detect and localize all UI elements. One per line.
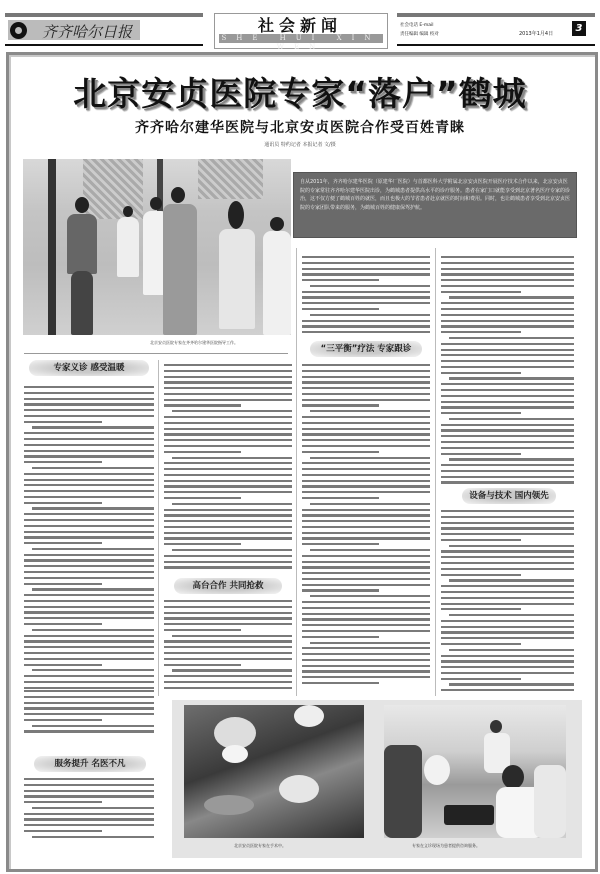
text-line — [164, 675, 292, 677]
surgery-photo-caption: 北京安贞医院专家在手术中。 — [234, 843, 286, 849]
text-line — [302, 399, 430, 401]
text-line — [164, 606, 292, 608]
text-line — [302, 618, 430, 620]
column-text — [164, 600, 292, 689]
text-line — [164, 629, 241, 631]
text-line — [32, 548, 154, 550]
text-line — [302, 543, 379, 545]
text-line — [164, 514, 292, 516]
text-line — [32, 629, 154, 631]
text-line — [441, 539, 521, 541]
text-line — [24, 502, 102, 504]
text-line — [441, 603, 574, 605]
photo-surgeon-mask — [294, 705, 324, 727]
text-line — [164, 520, 292, 522]
masthead-right-bottom-rule — [397, 44, 595, 46]
column-1: 专家义诊 感受温暖 — [24, 360, 154, 690]
text-line — [24, 473, 154, 475]
text-line — [441, 597, 574, 599]
text-line — [24, 664, 102, 666]
text-line — [24, 719, 102, 721]
text-line — [164, 491, 292, 493]
text-line — [302, 296, 430, 298]
text-line — [302, 320, 430, 322]
text-line — [441, 470, 574, 472]
text-line — [24, 542, 102, 544]
photo-person-head — [171, 187, 185, 203]
text-line — [24, 617, 154, 619]
text-line — [441, 655, 574, 657]
text-line — [441, 447, 574, 449]
issue-date: 2013年1月4日 — [519, 30, 553, 37]
text-line — [441, 464, 574, 466]
text-line — [32, 426, 154, 428]
column-1-bottom — [24, 690, 154, 740]
text-line — [441, 516, 574, 518]
text-line — [302, 445, 430, 447]
main-photo — [23, 159, 291, 335]
text-line — [302, 416, 430, 418]
text-line — [441, 389, 574, 391]
text-line — [441, 562, 574, 564]
photo-person-head — [270, 217, 284, 231]
text-line — [24, 496, 154, 498]
text-line — [24, 813, 154, 815]
photo-divider — [24, 353, 288, 354]
text-line — [24, 696, 154, 698]
text-line — [24, 421, 102, 423]
text-line — [24, 444, 154, 446]
photo-person — [384, 745, 422, 838]
text-line — [310, 642, 430, 644]
text-line — [24, 658, 154, 660]
text-line — [24, 801, 102, 803]
text-line — [302, 676, 430, 678]
text-line — [449, 683, 574, 685]
surgery-photo — [184, 705, 364, 838]
text-line — [32, 507, 154, 509]
text-line — [164, 468, 292, 470]
column-2-lower — [164, 600, 292, 696]
text-line — [441, 424, 574, 426]
text-line — [24, 577, 154, 579]
consultation-photo-caption: 专家在义诊现场为患者提供咨询服务。 — [412, 843, 480, 849]
text-line — [302, 526, 430, 528]
text-line — [302, 607, 430, 609]
column-3 — [302, 256, 430, 336]
text-line — [302, 682, 379, 684]
consultation-photo — [384, 705, 566, 838]
text-line — [449, 579, 574, 581]
text-line — [441, 308, 574, 310]
text-line — [441, 441, 574, 443]
section-title: 社会新闻 — [214, 13, 386, 36]
text-line — [302, 325, 430, 327]
column-2 — [164, 364, 292, 578]
info-line-1: 社会电话 E-mail — [400, 21, 439, 30]
text-line — [24, 795, 154, 797]
section-subhead: “三平衡”疗法 专家跟诊 — [310, 341, 422, 357]
text-line — [441, 412, 521, 414]
section-pinyin: SHE HUI XIN WEN — [219, 34, 383, 43]
text-line — [24, 646, 154, 648]
text-line — [32, 669, 154, 671]
text-line — [164, 532, 292, 534]
text-line — [441, 349, 574, 351]
text-line — [24, 450, 154, 452]
text-line — [441, 550, 574, 552]
text-line — [302, 485, 430, 487]
text-line — [24, 713, 154, 715]
text-line — [24, 635, 154, 637]
text-line — [302, 613, 430, 615]
text-line — [302, 589, 379, 591]
text-line — [302, 393, 430, 395]
masthead-top-rule — [5, 13, 203, 17]
text-line — [24, 513, 154, 515]
text-line — [164, 623, 292, 625]
text-line — [302, 451, 379, 453]
section-subhead: 高台合作 共同抢救 — [174, 578, 282, 594]
text-line — [441, 626, 574, 628]
text-line — [172, 410, 292, 412]
text-line — [441, 476, 574, 478]
text-line — [302, 268, 430, 270]
photo-surgeon-mask — [222, 745, 248, 763]
text-line — [441, 672, 574, 674]
text-line — [302, 422, 430, 424]
text-line — [164, 652, 292, 654]
text-line — [24, 778, 154, 780]
text-line — [302, 291, 430, 293]
text-line — [24, 536, 154, 538]
text-line — [164, 399, 292, 401]
text-line — [302, 537, 430, 539]
text-line — [310, 503, 430, 505]
text-line — [441, 453, 521, 455]
text-line — [24, 409, 154, 411]
text-line — [441, 585, 574, 587]
text-line — [164, 561, 292, 563]
text-line — [449, 649, 574, 651]
text-line — [164, 462, 292, 464]
text-line — [302, 256, 430, 258]
text-line — [441, 343, 574, 345]
text-line — [441, 429, 574, 431]
text-line — [449, 337, 574, 339]
text-line — [164, 543, 241, 545]
text-line — [310, 595, 430, 597]
photo-person — [263, 231, 291, 335]
text-line — [24, 559, 154, 561]
text-line — [172, 635, 292, 637]
text-line — [32, 467, 154, 469]
text-line — [164, 387, 292, 389]
text-line — [164, 555, 292, 557]
text-line — [24, 830, 102, 832]
text-line — [164, 439, 292, 441]
text-line — [164, 681, 292, 683]
text-line — [441, 331, 521, 333]
column-text — [164, 364, 292, 569]
text-line — [441, 574, 521, 576]
text-line — [302, 468, 430, 470]
text-line — [302, 387, 430, 389]
text-line — [302, 636, 379, 638]
headline: 北京安贞医院专家“落户”鹤城 — [20, 68, 580, 115]
column-text — [24, 690, 154, 733]
text-line — [441, 591, 574, 593]
text-line — [24, 583, 102, 585]
photo-table — [444, 805, 494, 825]
text-line — [24, 818, 154, 820]
text-line — [24, 571, 154, 573]
text-line — [24, 415, 154, 417]
text-line — [172, 669, 292, 671]
text-line — [164, 640, 292, 642]
masthead-bottom-rule — [5, 44, 203, 46]
text-line — [441, 406, 574, 408]
photo-curtain — [198, 159, 263, 199]
text-line — [441, 320, 574, 322]
text-line — [302, 439, 430, 441]
text-line — [164, 526, 292, 528]
text-line — [441, 372, 521, 374]
text-line — [302, 376, 430, 378]
text-line — [441, 279, 574, 281]
text-line — [449, 418, 574, 420]
text-line — [24, 432, 154, 434]
byline: 通讯员 特约记者 本报记者 文/摄 — [20, 141, 580, 148]
photo-person-head — [490, 720, 502, 733]
text-line — [441, 262, 574, 264]
text-line — [302, 381, 430, 383]
text-line — [441, 401, 574, 403]
text-line — [302, 273, 430, 275]
text-line — [164, 445, 292, 447]
text-line — [302, 404, 379, 406]
photo-person — [219, 229, 255, 329]
text-line — [24, 784, 154, 786]
text-line — [449, 377, 574, 379]
main-photo-caption: 北京安贞医院专家在齐齐哈尔建华医院指导工作。 — [150, 340, 238, 346]
text-line — [441, 660, 574, 662]
text-line — [302, 474, 430, 476]
text-line — [441, 568, 574, 570]
text-line — [24, 606, 154, 608]
text-line — [172, 503, 292, 505]
text-line — [441, 354, 574, 356]
text-line — [164, 646, 292, 648]
text-line — [302, 433, 430, 435]
text-line — [310, 314, 430, 316]
text-line — [441, 256, 574, 258]
photo-person — [534, 765, 566, 838]
photo-person — [163, 204, 197, 335]
text-line — [164, 617, 292, 619]
photo-curtain — [83, 159, 143, 219]
text-line — [310, 285, 430, 287]
text-line — [441, 314, 574, 316]
text-line — [32, 836, 154, 838]
text-line — [164, 658, 292, 660]
text-line — [441, 383, 574, 385]
text-line — [32, 588, 154, 590]
photo-person-head — [150, 197, 162, 210]
text-line — [441, 366, 574, 368]
text-line — [441, 527, 574, 529]
text-line — [24, 594, 154, 596]
text-line — [24, 398, 154, 400]
text-line — [24, 438, 154, 440]
text-line — [441, 360, 574, 362]
column-4-lower — [441, 510, 574, 696]
column-divider — [158, 360, 159, 696]
text-line — [441, 533, 574, 535]
text-line — [441, 325, 574, 327]
text-line — [24, 675, 154, 677]
text-line — [302, 302, 430, 304]
text-line — [24, 611, 154, 613]
text-line — [164, 428, 292, 430]
text-line — [302, 308, 379, 310]
paper-name: 齐齐哈尔日报 — [42, 21, 132, 42]
text-line — [164, 364, 292, 366]
column-4 — [441, 256, 574, 490]
text-line — [164, 664, 241, 666]
text-line — [164, 509, 292, 511]
text-line — [441, 631, 574, 633]
text-line — [441, 395, 574, 397]
text-line — [164, 422, 292, 424]
photo-person-head — [123, 206, 133, 217]
photo-hands — [204, 795, 254, 815]
text-line — [24, 392, 154, 394]
text-line — [302, 428, 430, 430]
section-subhead: 专家义诊 感受温暖 — [29, 360, 149, 376]
text-line — [24, 531, 154, 533]
text-line — [449, 458, 574, 460]
text-line — [302, 497, 379, 499]
text-line — [310, 410, 430, 412]
text-line — [24, 479, 154, 481]
text-line — [441, 678, 521, 680]
text-line — [164, 404, 241, 406]
text-line — [441, 291, 521, 293]
photo-person-head — [502, 765, 524, 789]
text-line — [24, 554, 154, 556]
photo-person-head — [75, 197, 89, 213]
text-line — [24, 640, 154, 642]
text-line — [24, 687, 154, 689]
text-line — [302, 555, 430, 557]
text-line — [164, 393, 292, 395]
column-text — [441, 510, 574, 691]
text-line — [24, 730, 154, 732]
text-line — [302, 532, 430, 534]
text-line — [24, 790, 154, 792]
text-line — [164, 687, 292, 689]
column-1-end — [24, 778, 154, 846]
text-line — [24, 623, 102, 625]
text-line — [302, 364, 430, 366]
text-line — [24, 652, 154, 654]
intro-text: 自从2011年，齐齐哈尔建华医院（原建华厂医院）与首都医科大学附属北京安贞医院开… — [300, 178, 570, 212]
text-line — [302, 561, 430, 563]
text-line — [441, 689, 574, 691]
text-line — [164, 612, 292, 614]
text-line — [24, 484, 154, 486]
text-line — [24, 403, 154, 405]
text-line — [24, 600, 154, 602]
text-line — [164, 381, 292, 383]
text-line — [24, 565, 154, 567]
masthead-info: 社会电话 E-mail 责任编辑 编辑 校对 — [400, 21, 439, 39]
photo-person — [424, 755, 450, 785]
text-line — [302, 670, 430, 672]
text-line — [441, 302, 574, 304]
text-line — [24, 455, 154, 457]
text-line — [164, 537, 292, 539]
text-line — [441, 510, 574, 512]
column-3-lower — [302, 364, 430, 696]
text-line — [302, 262, 430, 264]
text-line — [310, 457, 430, 459]
column-text — [24, 778, 154, 838]
text-line — [24, 681, 154, 683]
text-line — [164, 433, 292, 435]
text-line — [302, 520, 430, 522]
text-line — [164, 416, 292, 418]
text-line — [302, 279, 379, 281]
text-line — [32, 807, 154, 809]
text-line — [302, 331, 430, 333]
text-line — [302, 653, 430, 655]
text-line — [302, 624, 430, 626]
text-line — [164, 474, 292, 476]
text-line — [164, 566, 292, 568]
text-line — [164, 480, 292, 482]
text-line — [441, 608, 521, 610]
text-line — [441, 268, 574, 270]
text-line — [24, 519, 154, 521]
section-subhead: 设备与技术 国内领先 — [462, 488, 556, 504]
text-line — [441, 643, 521, 645]
text-line — [302, 462, 430, 464]
text-line — [449, 545, 574, 547]
text-line — [302, 480, 430, 482]
text-line — [302, 578, 430, 580]
section-subhead: 服务提升 名医不凡 — [34, 756, 146, 772]
text-line — [441, 522, 574, 524]
text-line — [302, 491, 430, 493]
text-line — [164, 600, 292, 602]
text-line — [302, 572, 430, 574]
info-line-2: 责任编辑 编辑 校对 — [400, 30, 439, 39]
text-line — [302, 514, 430, 516]
text-line — [441, 481, 574, 483]
column-text — [302, 256, 430, 333]
masthead-right-top-rule — [397, 13, 595, 17]
text-line — [441, 273, 574, 275]
text-line — [24, 824, 154, 826]
newspaper-logo-icon — [10, 22, 27, 39]
text-line — [24, 386, 154, 388]
text-line — [441, 666, 574, 668]
text-line — [32, 725, 154, 727]
text-line — [164, 485, 292, 487]
text-line — [302, 665, 430, 667]
